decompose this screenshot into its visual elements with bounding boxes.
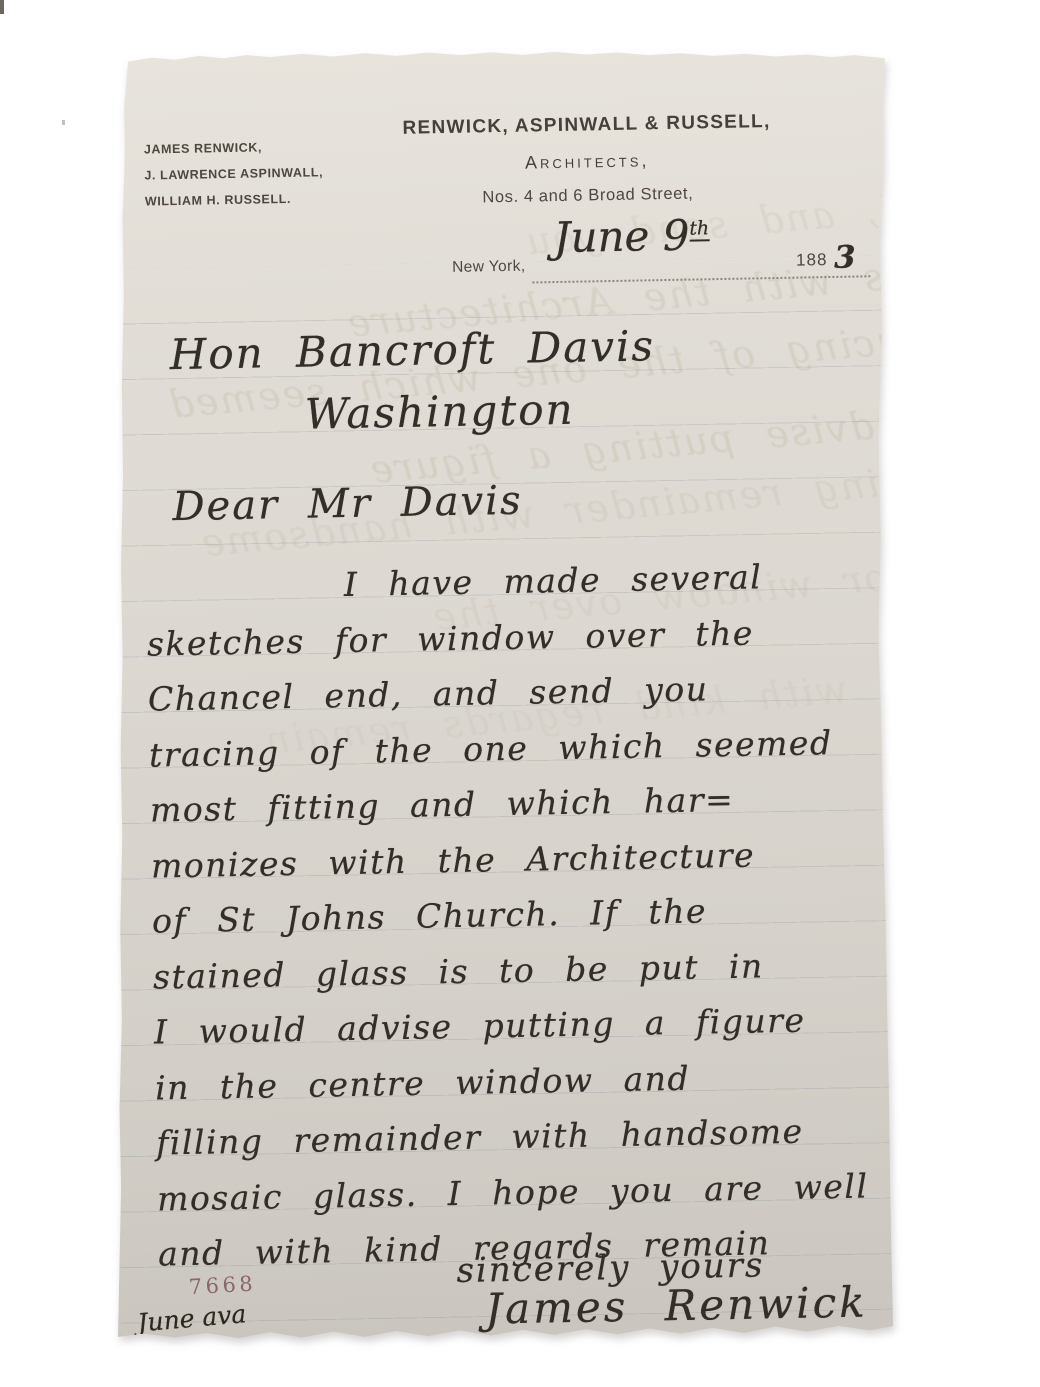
- ink-annotation: June ava: [136, 1299, 247, 1337]
- recipient-city: Washington: [304, 385, 575, 439]
- letter-body: I have made several sketches for window …: [145, 547, 902, 1282]
- letter-paper: Chancel end, and send you monizes with t…: [112, 50, 902, 1342]
- handwritten-year-digit: 3: [834, 240, 856, 276]
- letter-content: Chancel end, and send you monizes with t…: [100, 43, 914, 1349]
- scan-background: Chancel end, and send you monizes with t…: [0, 0, 1040, 1387]
- date-ordinal: th: [689, 217, 709, 241]
- letterhead-partners: JAMES RENWICK, J. LAWRENCE ASPINWALL, WI…: [144, 133, 324, 214]
- firm-address: Nos. 4 and 6 Broad Street,: [338, 182, 838, 210]
- scan-artifact: [62, 120, 65, 125]
- partner-name: WILLIAM H. RUSSELL.: [145, 185, 324, 214]
- archive-number-stamp: 7668: [188, 1272, 257, 1300]
- scan-artifact: [0, 0, 4, 14]
- salutation: Dear Mr Davis: [172, 478, 523, 530]
- partner-name: JAMES RENWICK,: [144, 133, 323, 162]
- recipient-name: Hon Bancroft Davis: [169, 321, 655, 379]
- signature: James Renwick: [485, 1277, 868, 1333]
- firm-profession: Architects,: [337, 147, 837, 177]
- printed-year: 188: [796, 250, 828, 271]
- partner-name: J. LAWRENCE ASPINWALL,: [144, 159, 323, 188]
- handwritten-date: June 9th: [553, 210, 710, 262]
- date-city-label: New York,: [452, 258, 526, 277]
- firm-name: RENWICK, ASPINWALL & RUSSELL,: [336, 110, 836, 141]
- letterhead-center: RENWICK, ASPINWALL & RUSSELL, Architects…: [336, 110, 838, 210]
